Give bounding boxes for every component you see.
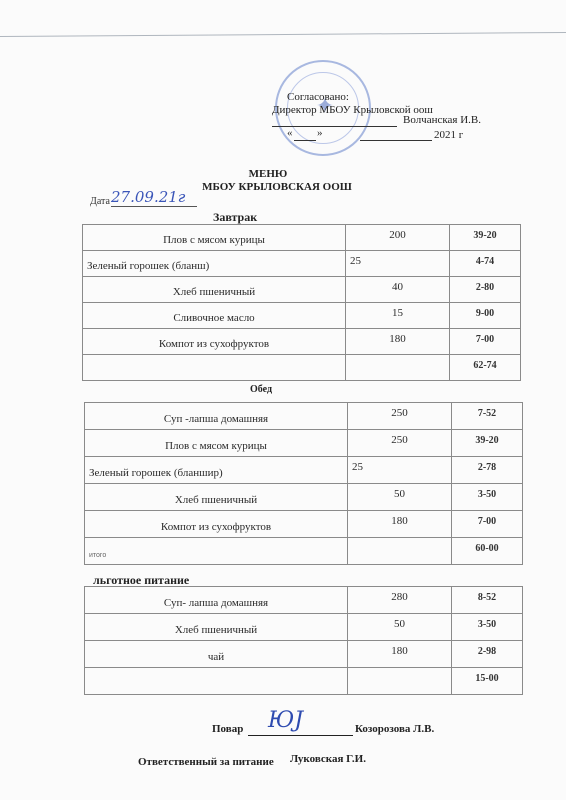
item-price-cell: 60-00 <box>452 538 523 565</box>
item-quantity-cell: 250 <box>348 403 452 430</box>
cook-name: Козорозова Л.В. <box>355 723 434 735</box>
item-price: 2-98 <box>452 646 522 657</box>
table-row: Плов с мясом курицы25039-20 <box>85 430 523 457</box>
item-quantity-cell: 180 <box>348 641 452 668</box>
item-price-cell: 9-00 <box>450 303 521 329</box>
item-price-cell: 7-00 <box>452 511 523 538</box>
approval-date-close: » <box>317 127 323 139</box>
scan-edge-line <box>0 32 566 37</box>
item-quantity-cell: 200 <box>346 225 450 251</box>
item-price-cell: 2-80 <box>450 277 521 303</box>
item-price: 3-50 <box>452 489 522 500</box>
table-row: Зеленый горошек (бланшир)252-78 <box>85 457 523 484</box>
date-value: 27.09.21г <box>111 188 197 207</box>
item-price-cell: 2-78 <box>452 457 523 484</box>
approval-label: Согласовано: <box>287 91 349 103</box>
item-name-cell: Компот из сухофруктов <box>85 511 348 538</box>
table-row: Зеленый горошек (бланш)254-74 <box>83 251 521 277</box>
item-name: Хлеб пшеничный <box>85 619 347 636</box>
item-quantity: 50 <box>348 488 451 500</box>
date-label: Дата <box>90 196 110 207</box>
item-name: Зеленый горошек (бланшир) <box>85 462 347 479</box>
table-row: Компот из сухофруктов1807-00 <box>83 329 521 355</box>
item-quantity-cell: 180 <box>348 511 452 538</box>
responsible-name: Луковская Г.И. <box>290 753 366 765</box>
item-name-cell: Плов с мясом курицы <box>85 430 348 457</box>
page-title: МЕНЮ <box>0 168 551 180</box>
item-price: 7-00 <box>452 516 522 527</box>
item-quantity: 180 <box>348 515 451 527</box>
item-quantity: 250 <box>348 434 451 446</box>
item-quantity-cell: 40 <box>346 277 450 303</box>
item-quantity-cell: 25 <box>346 251 450 277</box>
item-price: 8-52 <box>452 592 522 603</box>
item-quantity-cell: 250 <box>348 430 452 457</box>
item-name: Зеленый горошек (бланш) <box>83 255 345 272</box>
item-name-cell: Суп -лапша домашняя <box>85 403 348 430</box>
item-name: Сливочное масло <box>83 307 345 324</box>
item-price-cell: 7-00 <box>450 329 521 355</box>
table-row: Хлеб пшеничный402-80 <box>83 277 521 303</box>
item-quantity-cell <box>348 538 452 565</box>
item-name-cell <box>85 668 348 695</box>
item-name-cell: Плов с мясом курицы <box>83 225 346 251</box>
item-quantity: 180 <box>348 645 451 657</box>
item-price-cell: 3-50 <box>452 484 523 511</box>
item-quantity-cell: 15 <box>346 303 450 329</box>
item-name: Хлеб пшеничный <box>83 281 345 298</box>
item-name-cell <box>83 355 346 381</box>
table-row: Сливочное масло159-00 <box>83 303 521 329</box>
item-price: 39-20 <box>452 435 522 446</box>
item-quantity: 250 <box>348 407 451 419</box>
item-name-cell: Зеленый горошек (бланш) <box>83 251 346 277</box>
table-row: Хлеб пшеничный503-50 <box>85 614 523 641</box>
approval-year: 2021 г <box>434 129 463 141</box>
responsible-label: Ответственный за питание <box>138 756 274 768</box>
item-name-cell: Сливочное масло <box>83 303 346 329</box>
breakfast-table: Плов с мясом курицы20039-20Зеленый горош… <box>82 224 521 381</box>
item-name: Плов с мясом курицы <box>85 435 347 452</box>
item-name: Плов с мясом курицы <box>83 229 345 246</box>
item-quantity-cell: 180 <box>346 329 450 355</box>
item-name: чай <box>85 646 347 663</box>
lunch-title: Обед <box>250 384 272 395</box>
breakfast-title: Завтрак <box>213 210 257 225</box>
item-name-cell: Зеленый горошек (бланшир) <box>85 457 348 484</box>
subsidized-table: Суп- лапша домашняя2808-52Хлеб пшеничный… <box>84 586 523 695</box>
item-name: Хлеб пшеничный <box>85 489 347 506</box>
item-price-cell: 8-52 <box>452 587 523 614</box>
item-price: 7-00 <box>450 334 520 345</box>
item-name-cell: итого <box>85 538 348 565</box>
item-name: итого <box>85 544 347 559</box>
item-quantity: 180 <box>346 333 449 345</box>
item-price-cell: 62-74 <box>450 355 521 381</box>
table-row: итого60-00 <box>85 538 523 565</box>
item-name: Компот из сухофруктов <box>85 516 347 533</box>
item-name <box>85 679 347 684</box>
item-price-cell: 39-20 <box>452 430 523 457</box>
item-price-cell: 2-98 <box>452 641 523 668</box>
table-row: Хлеб пшеничный503-50 <box>85 484 523 511</box>
item-quantity-cell <box>346 355 450 381</box>
item-quantity: 280 <box>348 591 451 603</box>
item-name-cell: Хлеб пшеничный <box>85 614 348 641</box>
cook-signature-scribble: ЮЈ <box>268 708 303 733</box>
item-quantity: 25 <box>348 461 451 473</box>
item-price-cell: 7-52 <box>452 403 523 430</box>
item-price: 2-80 <box>450 282 520 293</box>
table-row: 62-74 <box>83 355 521 381</box>
item-quantity: 50 <box>348 618 451 630</box>
cook-signature-line <box>248 735 353 736</box>
item-name-cell: Компот из сухофруктов <box>83 329 346 355</box>
item-price-cell: 3-50 <box>452 614 523 641</box>
item-name: Суп- лапша домашняя <box>85 592 347 609</box>
item-name-cell: чай <box>85 641 348 668</box>
item-name-cell: Хлеб пшеничный <box>83 277 346 303</box>
item-name: Компот из сухофруктов <box>83 333 345 350</box>
approval-day-line <box>294 140 316 141</box>
item-price: 39-20 <box>450 230 520 241</box>
item-name <box>83 365 345 370</box>
table-row: Суп -лапша домашняя2507-52 <box>85 403 523 430</box>
table-row: 15-00 <box>85 668 523 695</box>
item-price: 62-74 <box>450 360 520 371</box>
item-price: 7-52 <box>452 408 522 419</box>
item-price-cell: 4-74 <box>450 251 521 277</box>
item-name-cell: Хлеб пшеничный <box>85 484 348 511</box>
item-quantity-cell: 50 <box>348 484 452 511</box>
table-row: чай1802-98 <box>85 641 523 668</box>
table-row: Суп- лапша домашняя2808-52 <box>85 587 523 614</box>
table-row: Компот из сухофруктов1807-00 <box>85 511 523 538</box>
lunch-table: Суп -лапша домашняя2507-52Плов с мясом к… <box>84 402 523 565</box>
item-quantity-cell <box>348 668 452 695</box>
item-price: 60-00 <box>452 543 522 554</box>
item-price: 2-78 <box>452 462 522 473</box>
cook-label: Повар <box>212 723 243 735</box>
item-price-cell: 39-20 <box>450 225 521 251</box>
item-name: Суп -лапша домашняя <box>85 408 347 425</box>
school-name: МБОУ КРЫЛОВСКАЯ ООШ <box>0 181 560 193</box>
item-price: 4-74 <box>450 256 520 267</box>
item-quantity-cell: 25 <box>348 457 452 484</box>
approval-date-open: « <box>287 127 293 139</box>
approval-month-line <box>360 140 432 141</box>
item-quantity-cell: 50 <box>348 614 452 641</box>
item-quantity-cell: 280 <box>348 587 452 614</box>
item-price: 15-00 <box>452 673 522 684</box>
director-name: Волчанская И.В. <box>403 114 481 126</box>
item-quantity: 200 <box>346 229 449 241</box>
item-quantity: 40 <box>346 281 449 293</box>
item-name-cell: Суп- лапша домашняя <box>85 587 348 614</box>
item-price: 3-50 <box>452 619 522 630</box>
item-quantity: 25 <box>346 255 449 267</box>
item-price-cell: 15-00 <box>452 668 523 695</box>
table-row: Плов с мясом курицы20039-20 <box>83 225 521 251</box>
item-quantity: 15 <box>346 307 449 319</box>
item-price: 9-00 <box>450 308 520 319</box>
